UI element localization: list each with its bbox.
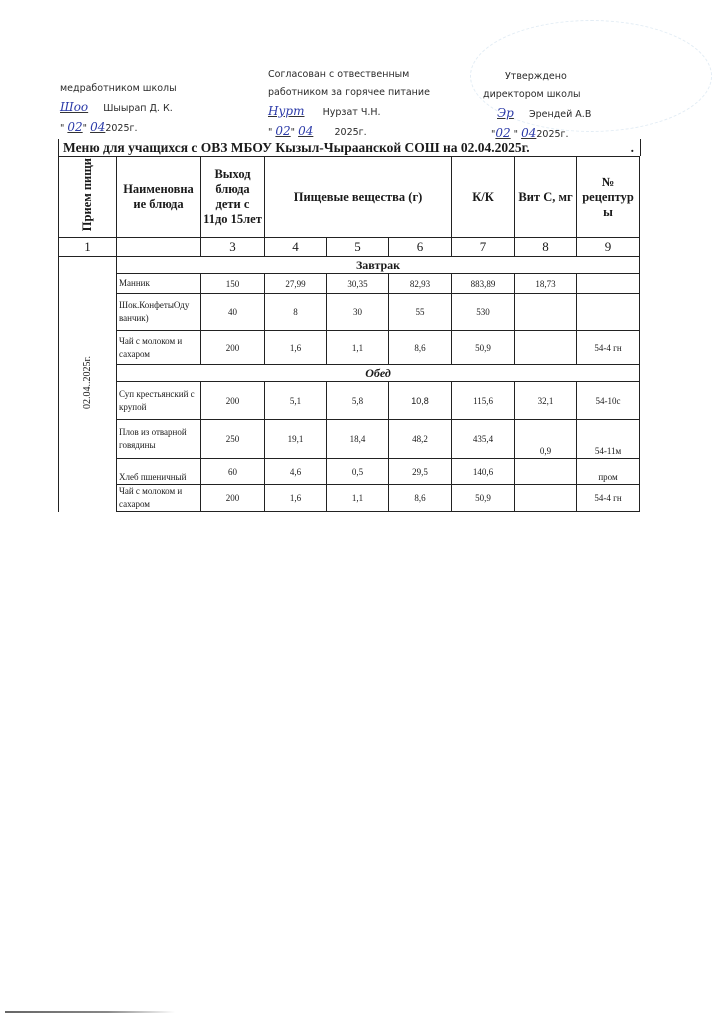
column-number-row: 1 3 4 5 6 7 8 9 — [59, 238, 640, 257]
header-kcal: К/К — [452, 157, 515, 238]
medic-month: 04 — [90, 120, 105, 134]
catering-line2: работником за горячее питание — [268, 84, 430, 102]
section-title: Обед — [117, 365, 640, 382]
medic-day: 02 — [67, 120, 82, 134]
section-lunch: Обед — [59, 365, 640, 382]
catering-line1: Согласован с отвественным — [268, 66, 430, 84]
medic-year: 2025г. — [105, 123, 137, 134]
col-num: 1 — [59, 238, 117, 257]
col-num: 9 — [577, 238, 640, 257]
title-dot: . — [631, 139, 634, 156]
director-signature: Эр — [483, 106, 514, 120]
table-row: Суп крестьянский с крупой 200 5,1 5,8 10… — [59, 382, 640, 420]
scan-edge-line — [5, 1011, 175, 1013]
header-dish: Наименовна ие блюда — [117, 157, 201, 238]
table-row: Манник 150 27,99 30,35 82,93 883,89 18,7… — [59, 274, 640, 294]
catering-year: 2025г. — [334, 127, 366, 138]
medic-name: Шыырап Д. К. — [103, 103, 172, 114]
meal-date-cell: 02.04..2025г. — [59, 257, 117, 512]
director-approval-block: Утверждено директором школы Эр Эрендей А… — [483, 68, 591, 144]
table-row: Шок.КонфетыОду ванчик) 40 8 30 55 530 — [59, 294, 640, 331]
medic-signature: Шоо — [60, 100, 88, 114]
section-breakfast: 02.04..2025г. Завтрак — [59, 257, 640, 274]
table-row: Чай с молоком и сахаром 200 1,6 1,1 8,6 … — [59, 331, 640, 365]
catering-signature: Нурт — [268, 104, 305, 118]
col-num — [117, 238, 201, 257]
section-title: Завтрак — [117, 257, 640, 274]
director-line1: Утверждено — [483, 68, 591, 86]
director-day: 02 — [495, 126, 510, 140]
col-num: 3 — [201, 238, 265, 257]
header-row: Прием пищи Наименовна ие блюда Выход блю… — [59, 157, 640, 238]
col-num: 7 — [452, 238, 515, 257]
col-num: 6 — [389, 238, 452, 257]
catering-month: 04 — [298, 124, 313, 138]
table-row: Плов из отварной говядины 250 19,1 18,4 … — [59, 420, 640, 459]
table-row: Чай с молоком и сахаром 200 1,6 1,1 8,6 … — [59, 485, 640, 512]
header-vitc: Вит С, мг — [515, 157, 577, 238]
col-num: 5 — [327, 238, 389, 257]
medic-approval-block: медработником школы Шоо Шыырап Д. К. " 0… — [60, 80, 177, 138]
col-num: 8 — [515, 238, 577, 257]
director-line2: директором школы — [483, 86, 591, 104]
header-portion: Выход блюда дети с 11до 15лет — [201, 157, 265, 238]
catering-day: 02 — [275, 124, 290, 138]
document-title: Меню для учащихся с ОВЗ МБОУ Кызыл-Чыраа… — [63, 140, 530, 155]
menu-table: Прием пищи Наименовна ие блюда Выход блю… — [58, 156, 640, 512]
catering-approval-block: Согласован с отвественным работником за … — [268, 66, 430, 142]
catering-name: Нурзат Ч.Н. — [323, 107, 381, 118]
header-nutrients: Пищевые вещества (г) — [265, 157, 452, 238]
col-num: 4 — [265, 238, 327, 257]
document-title-bar: Меню для учащихся с ОВЗ МБОУ Кызыл-Чыраа… — [58, 139, 641, 156]
director-name: Эрендей А.В — [529, 109, 591, 120]
director-month: 04 — [521, 126, 536, 140]
medic-role: медработником школы — [60, 80, 177, 98]
table-row: Хлеб пшеничный 60 4,6 0,5 29,5 140,6 про… — [59, 459, 640, 485]
header-meal: Прием пищи — [59, 157, 117, 238]
header-recipe: № рецептур ы — [577, 157, 640, 238]
